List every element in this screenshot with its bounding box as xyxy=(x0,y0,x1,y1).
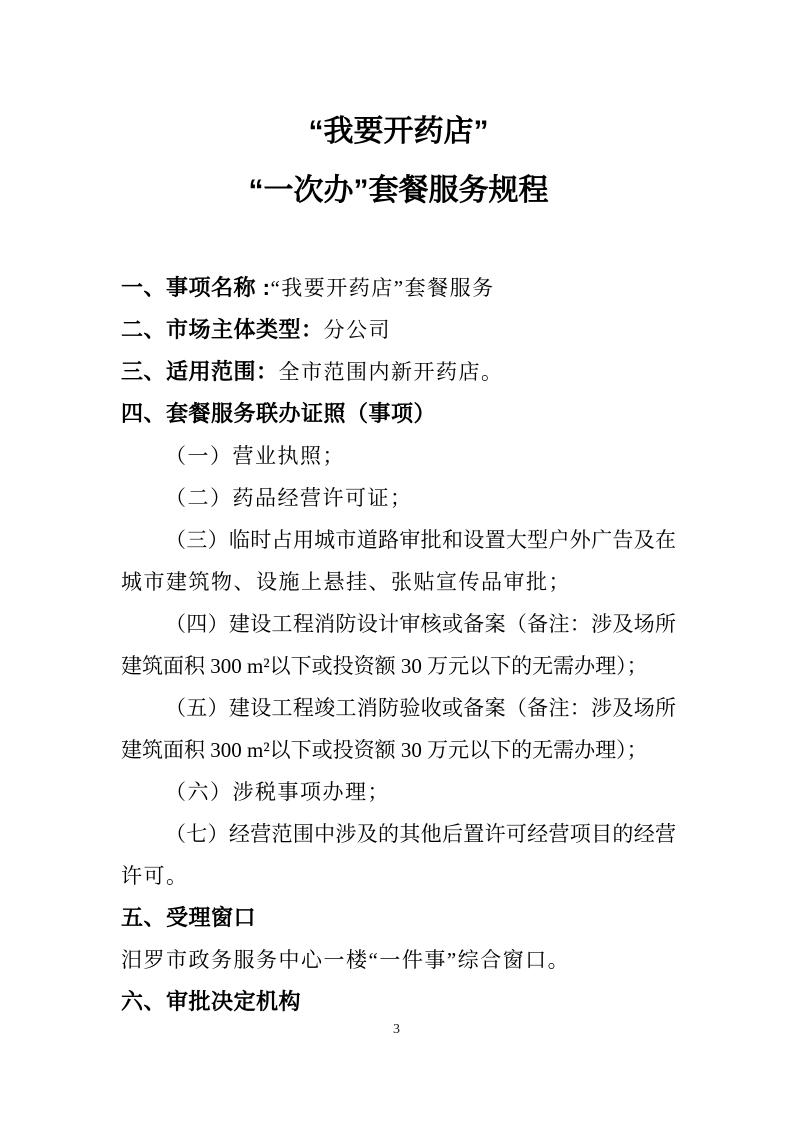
section-3-value: 全市范围内新开药店。 xyxy=(279,360,504,384)
section-3-scope: 三、适用范围：全市范围内新开药店。 xyxy=(121,351,676,393)
document-page: “我要开药店” “一次办”套餐服务规程 一、事项名称 :“我要开药店”套餐服务 … xyxy=(0,0,793,1122)
package-item-5-line-1: （五）建设工程竣工消防验收或备案（备注：涉及场所 xyxy=(121,687,676,729)
package-item-6: （六）涉税事项办理； xyxy=(121,771,676,813)
section-6-authority-heading: 六、审批决定机构 xyxy=(121,981,676,1023)
section-2-value: 分公司 xyxy=(324,318,392,342)
section-6-label: 六、审批决定机构 xyxy=(121,989,301,1014)
document-title: “我要开药店” “一次办”套餐服务规程 xyxy=(121,102,676,220)
section-5-window-body: 汨罗市政务服务中心一楼“一件事”综合窗口。 xyxy=(121,939,676,981)
package-item-5-line-2: 建筑面积 300 m²以下或投资额 30 万元以下的无需办理）； xyxy=(121,729,676,771)
package-item-3-line-1: （三）临时占用城市道路审批和设置大型户外广告及在 xyxy=(121,519,676,561)
package-item-1: （一）营业执照； xyxy=(121,435,676,477)
section-4-package-heading: 四、套餐服务联办证照（事项） xyxy=(121,393,676,435)
section-2-entity-type: 二、市场主体类型：分公司 xyxy=(121,309,676,351)
title-line-1: “我要开药店” xyxy=(121,102,676,161)
section-5-window-heading: 五、受理窗口 xyxy=(121,897,676,939)
page-footer: 3 xyxy=(0,1020,793,1040)
page-number: 3 xyxy=(393,1022,400,1037)
title-line-2: “一次办”套餐服务规程 xyxy=(121,161,676,220)
section-4-label: 四、套餐服务联办证照（事项） xyxy=(121,401,436,426)
section-3-label: 三、适用范围： xyxy=(121,359,279,384)
section-1-label: 一、事项名称 : xyxy=(121,275,270,300)
section-1-item-name: 一、事项名称 :“我要开药店”套餐服务 xyxy=(121,267,676,309)
section-5-value: 汨罗市政务服务中心一楼“一件事”综合窗口。 xyxy=(121,948,570,972)
page-content: “我要开药店” “一次办”套餐服务规程 一、事项名称 :“我要开药店”套餐服务 … xyxy=(0,102,793,1023)
package-item-7-line-2: 许可。 xyxy=(121,855,676,897)
section-1-value: “我要开药店”套餐服务 xyxy=(270,276,494,300)
package-item-4-line-1: （四）建设工程消防设计审核或备案（备注：涉及场所 xyxy=(121,603,676,645)
document-body: 一、事项名称 :“我要开药店”套餐服务 二、市场主体类型：分公司 三、适用范围：… xyxy=(121,267,676,1023)
section-5-label: 五、受理窗口 xyxy=(121,905,256,930)
package-item-3-line-2: 城市建筑物、设施上悬挂、张贴宣传品审批； xyxy=(121,561,676,603)
package-item-4-line-2: 建筑面积 300 m²以下或投资额 30 万元以下的无需办理）； xyxy=(121,645,676,687)
section-2-label: 二、市场主体类型： xyxy=(121,317,324,342)
package-item-2: （二）药品经营许可证； xyxy=(121,477,676,519)
package-item-7-line-1: （七）经营范围中涉及的其他后置许可经营项目的经营 xyxy=(121,813,676,855)
